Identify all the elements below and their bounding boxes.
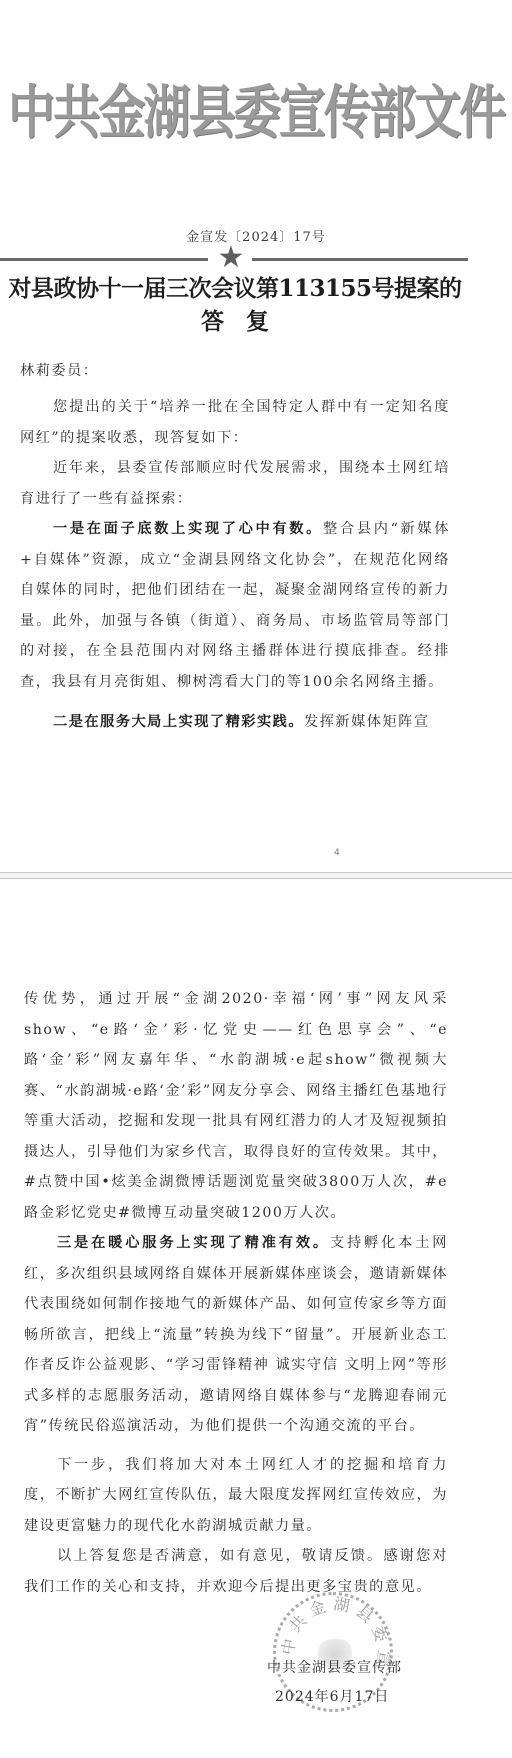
body-page-1: 您提出的关于“培养一批在全国特定人群中有一定知名度网红”的提案收悉，现答复如下：… (20, 392, 450, 738)
salutation: 林莉委员： (20, 360, 98, 380)
paragraph: 三是在暖心服务上实现了精准有效。支持孵化本土网红，多次组织县域网络自媒体开展新媒… (24, 1228, 448, 1442)
paragraph: 以上答复您是否满意，如有意见，敬请反馈。感谢您对我们工作的关心和支持，并欢迎今后… (24, 1541, 448, 1602)
page-separator (0, 872, 512, 879)
paragraph-lead: 一是在面子底数上实现了心中有数。 (53, 521, 323, 537)
paragraph-text: 近年来，县委宣传部顺应时代发展需求，围绕本土网红培育进行了一些有益探索： (20, 460, 450, 507)
document-page-2: 传优势，通过开展“金湖2020·幸福‘网’事”网友风采show、“e路‘金’彩·… (0, 879, 512, 1758)
paragraph: 二是在服务大局上实现了精彩实践。发挥新媒体矩阵宣 (20, 707, 450, 738)
paragraph-text: 发挥新媒体矩阵宣 (304, 714, 430, 730)
document-masthead: 中共金湖县委宣传部文件 (8, 72, 450, 153)
signature-organization: 中共金湖县委宣传部 (267, 1657, 402, 1677)
paragraph: 一是在面子底数上实现了心中有数。整合县内“新媒体+自媒体”资源，成立“金湖县网络… (20, 514, 450, 697)
paragraph: 您提出的关于“培养一批在全国特定人群中有一定知名度网红”的提案收悉，现答复如下： (20, 392, 450, 453)
red-header-rule-left (0, 258, 208, 261)
paragraph-lead: 三是在暖心服务上实现了精准有效。 (57, 1235, 330, 1251)
paragraph-text: 以上答复您是否满意，如有意见，敬请反馈。感谢您对我们工作的关心和支持，并欢迎今后… (24, 1548, 448, 1595)
document-title-line1: 对县政协十一届三次会议第113155号提案的 (0, 270, 470, 303)
page-number: 4 (334, 848, 340, 858)
paragraph: 近年来，县委宣传部顺应时代发展需求，围绕本土网红培育进行了一些有益探索： (20, 453, 450, 514)
paragraph-text: 传优势，通过开展“金湖2020·幸福‘网’事”网友风采show、“e路‘金’彩·… (24, 991, 448, 1221)
document-number: 金宣发〔2024〕17号 (0, 226, 512, 245)
document-title-line2: 答复 (0, 303, 470, 336)
star-icon: ★ (214, 244, 248, 272)
paragraph-text: 您提出的关于“培养一批在全国特定人群中有一定知名度网红”的提案收悉，现答复如下： (20, 399, 450, 446)
paragraph: 传优势，通过开展“金湖2020·幸福‘网’事”网友风采show、“e路‘金’彩·… (24, 984, 448, 1228)
paragraph: 下一步，我们将加大对本土网红人才的挖掘和培育力度，不断扩大网红宣传队伍，最大限度… (24, 1450, 448, 1542)
paragraph-lead: 二是在服务大局上实现了精彩实践。 (53, 714, 304, 730)
paragraph-text: 整合县内“新媒体+自媒体”资源，成立“金湖县网络文化协会”，在规范化网络自媒体的… (20, 521, 450, 690)
red-header-rule-right (252, 258, 468, 261)
paragraph-text: 支持孵化本土网红，多次组织县域网络自媒体开展新媒体座谈会，邀请新媒体代表围绕如何… (24, 1235, 448, 1434)
signature-date: 2024年6月17日 (275, 1686, 389, 1706)
paragraph-text: 下一步，我们将加大对本土网红人才的挖掘和培育力度，不断扩大网红宣传队伍，最大限度… (24, 1457, 448, 1534)
body-page-2: 传优势，通过开展“金湖2020·幸福‘网’事”网友风采show、“e路‘金’彩·… (24, 984, 448, 1602)
document-page-1: 中共金湖县委宣传部文件 金宣发〔2024〕17号 ★ 对县政协十一届三次会议第1… (0, 0, 512, 872)
